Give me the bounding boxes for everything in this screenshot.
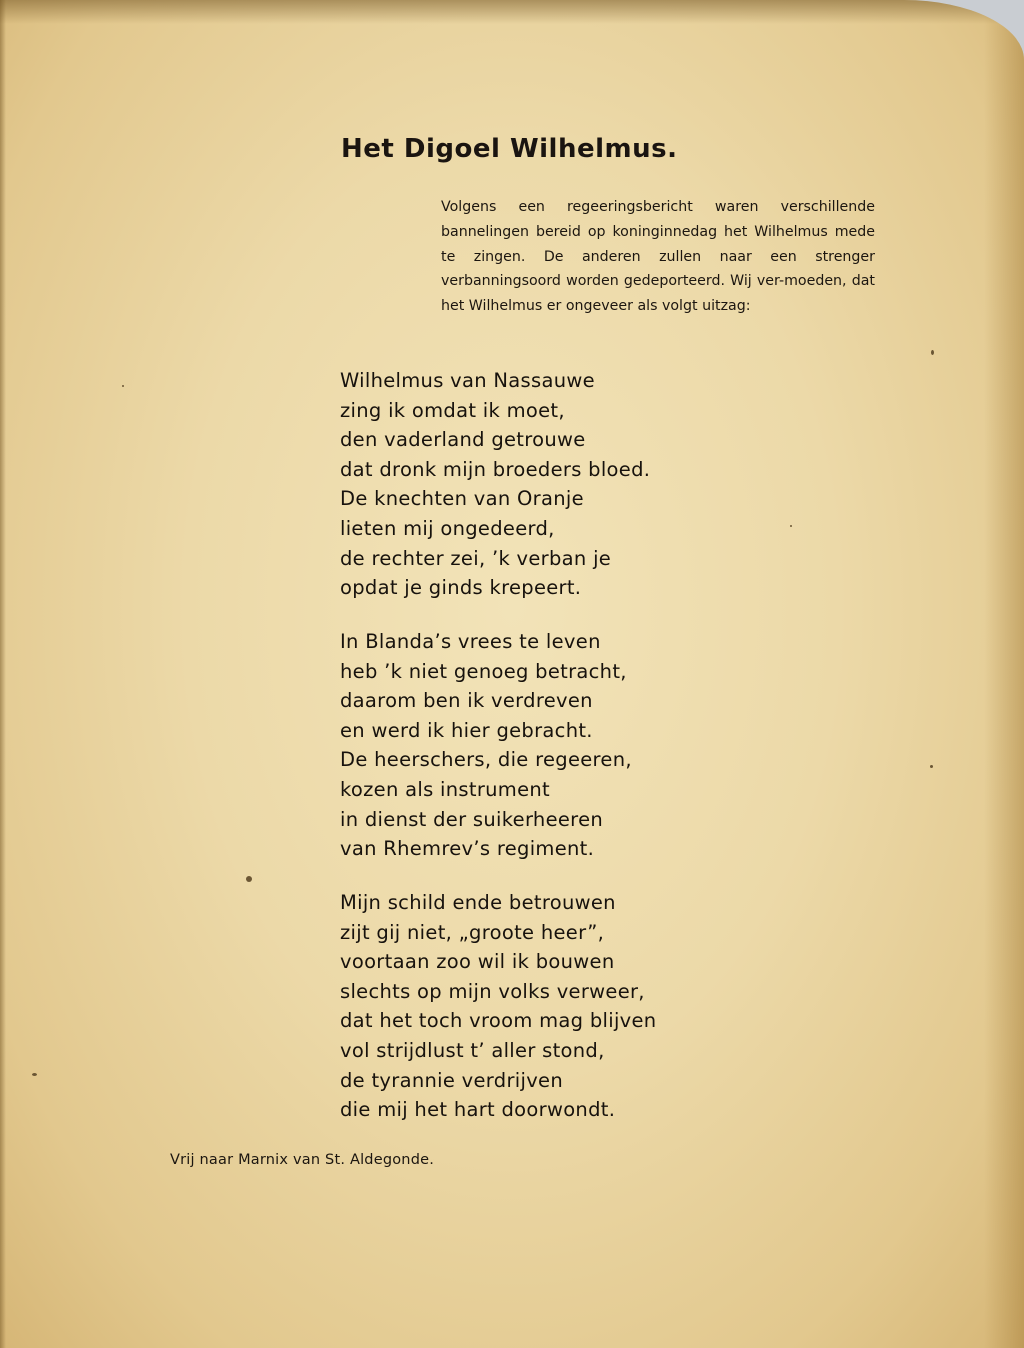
paper-speck xyxy=(931,350,934,355)
verse-line: de tyrannie verdrijven xyxy=(340,1066,656,1096)
verse-line: dat dronk mijn broeders bloed. xyxy=(340,455,650,485)
page-edge-shadow xyxy=(0,0,6,1348)
attribution: Vrij naar Marnix van St. Aldegonde. xyxy=(170,1152,434,1168)
verse-line: voortaan zoo wil ik bouwen xyxy=(340,947,656,977)
paper-speck xyxy=(32,1073,37,1076)
verse-line: die mij het hart doorwondt. xyxy=(340,1095,656,1125)
scanned-page: Het Digoel Wilhelmus. Volgens een regeer… xyxy=(0,0,1024,1348)
stanza-3: Mijn schild ende betrouwen zijt gij niet… xyxy=(340,888,656,1125)
verse-line: slechts op mijn volks verweer, xyxy=(340,977,656,1007)
verse-line: lieten mij ongedeerd, xyxy=(340,514,650,544)
stanza-2: In Blanda’s vrees te leven heb ’k niet g… xyxy=(340,627,632,864)
intro-paragraph: Volgens een regeeringsbericht waren vers… xyxy=(441,195,875,319)
stanza-1: Wilhelmus van Nassauwe zing ik omdat ik … xyxy=(340,366,650,603)
verse-line: zijt gij niet, „groote heer”, xyxy=(340,918,656,948)
verse-line: heb ’k niet genoeg betracht, xyxy=(340,657,632,687)
verse-line: kozen als instrument xyxy=(340,775,632,805)
verse-line: den vaderland getrouwe xyxy=(340,425,650,455)
document-title: Het Digoel Wilhelmus. xyxy=(341,134,677,164)
intro-line: verbanningsoord worden gedeporteerd. Wij… xyxy=(441,273,784,289)
verse-line: van Rhemrev’s regiment. xyxy=(340,834,632,864)
verse-line: en werd ik hier gebracht. xyxy=(340,716,632,746)
verse-line: dat het toch vroom mag blijven xyxy=(340,1006,656,1036)
intro-line: uitzag: xyxy=(702,298,750,314)
verse-line: Mijn schild ende betrouwen xyxy=(340,888,656,918)
verse-line: In Blanda’s vrees te leven xyxy=(340,627,632,657)
intro-line: bannelingen bereid op koninginnedag het … xyxy=(441,224,828,240)
verse-line: de rechter zei, ’k verban je xyxy=(340,544,650,574)
verse-line: Wilhelmus van Nassauwe xyxy=(340,366,650,396)
verse-line: De heerschers, die regeeren, xyxy=(340,745,632,775)
verse-line: vol strijdlust t’ aller stond, xyxy=(340,1036,656,1066)
verse-line: opdat je ginds krepeert. xyxy=(340,573,650,603)
verse-line: daarom ben ik verdreven xyxy=(340,686,632,716)
paper-speck xyxy=(790,525,792,527)
paper-speck xyxy=(122,385,124,387)
paper-speck xyxy=(930,765,933,768)
verse-line: in dienst der suikerheeren xyxy=(340,805,632,835)
verse-line: De knechten van Oranje xyxy=(340,484,650,514)
paper-speck xyxy=(246,876,252,882)
intro-line: Volgens een regeeringsbericht waren vers… xyxy=(441,199,875,215)
verse-line: zing ik omdat ik moet, xyxy=(340,396,650,426)
